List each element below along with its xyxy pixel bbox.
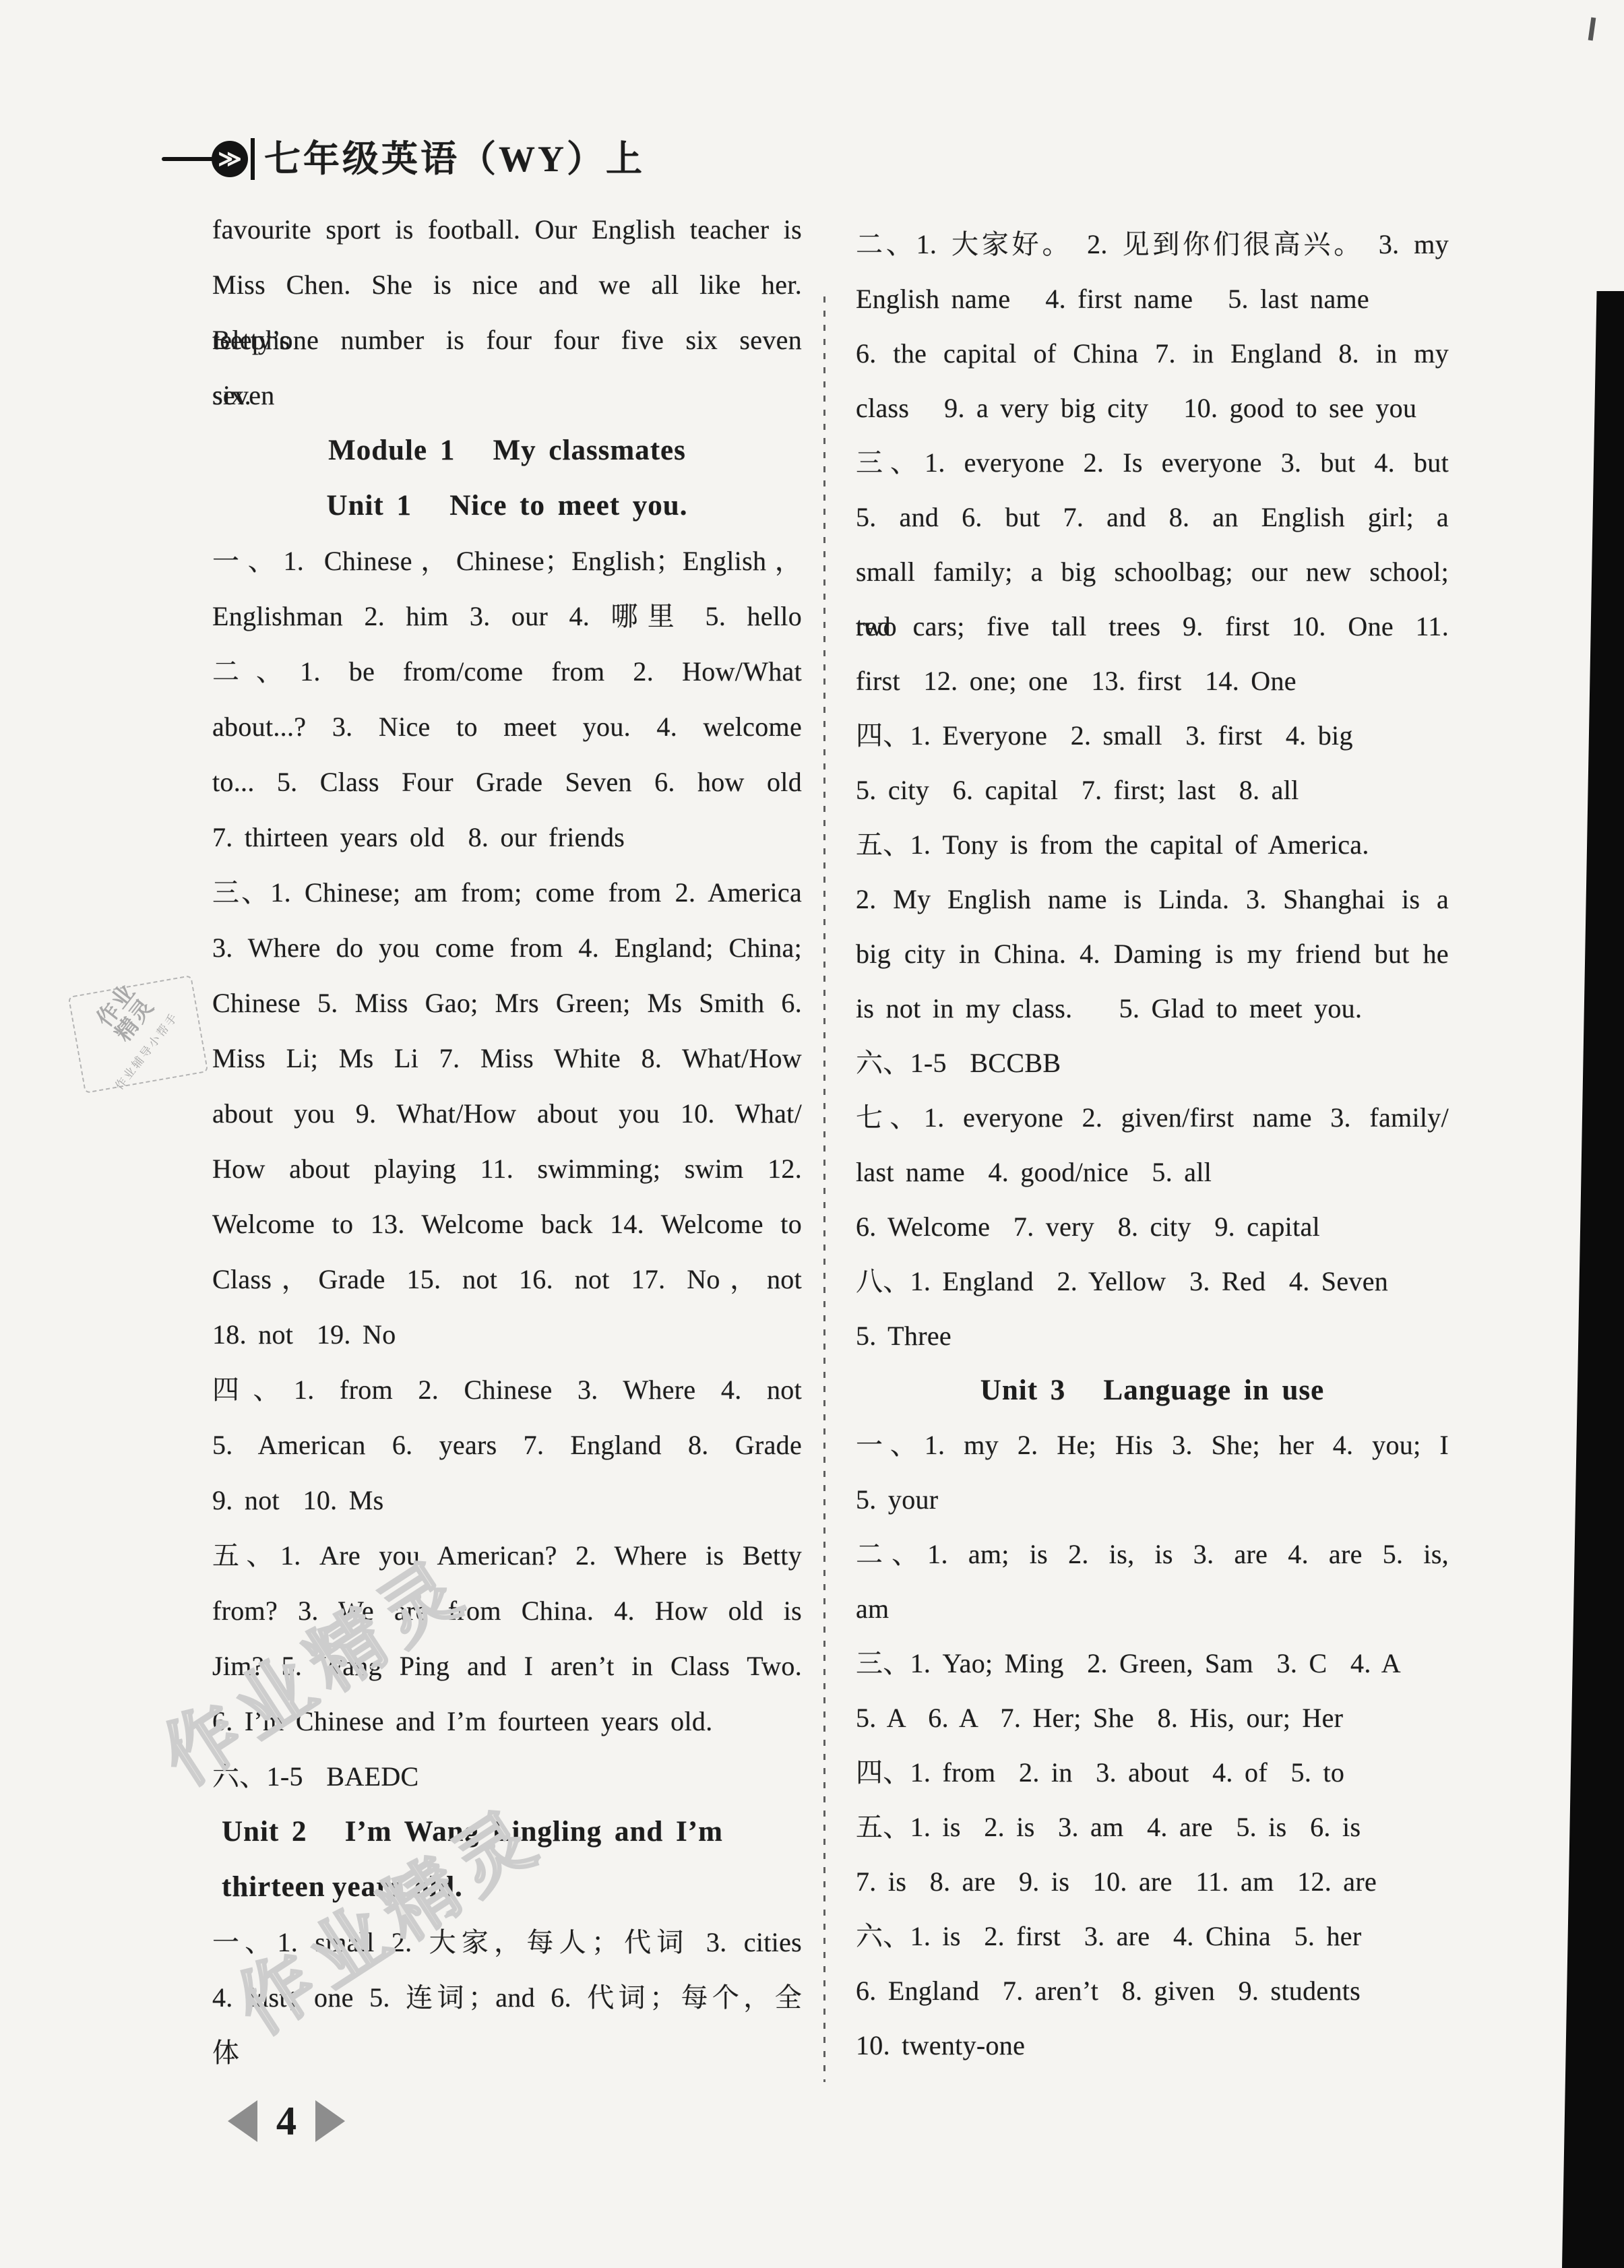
page-number: 4 [276, 2097, 296, 2145]
page-pager: 4 [228, 2097, 345, 2145]
answer-line: 一、1. my 2. He; His 3. She; her 4. you; I [856, 1418, 1449, 1472]
answer-line: 6. England 7. aren’t 8. given 9. student… [856, 1963, 1449, 2018]
answer-line: 9. not 10. Ms [212, 1473, 802, 1528]
answer-line: to... 5. Class Four Grade Seven 6. how o… [212, 755, 802, 810]
answer-line: 四、1. Everyone 2. small 3. first 4. big [856, 708, 1449, 763]
answer-line: Class，Grade 15. not 16. not 17. No，not [212, 1252, 802, 1307]
answer-line: telephone number is four four five six s… [212, 313, 802, 368]
answer-line: 2. My English name is Linda. 3. Shanghai… [856, 872, 1449, 926]
answer-line: 四、1. from 2. in 3. about 4. of 5. to [856, 1745, 1449, 1800]
divider-bar [251, 138, 255, 180]
answer-line: 7. is 8. are 9. is 10. are 11. am 12. ar… [856, 1854, 1449, 1909]
column-divider [823, 296, 825, 2082]
answer-line: Welcome to 13. Welcome back 14. Welcome … [212, 1197, 802, 1252]
answer-line: 二、1. 大家好。 2. 见到你们很高兴。 3. my [856, 217, 1449, 272]
prev-page-icon[interactable] [228, 2100, 257, 2142]
answer-line: 二、1. am; is 2. is, is 3. are 4. are 5. i… [856, 1527, 1449, 1581]
answer-line: about...? 3. Nice to meet you. 4. welcom… [212, 699, 802, 755]
answer-line: first 12. one; one 13. first 14. One [856, 654, 1449, 708]
section-heading: Module 1 My classmates [212, 423, 802, 478]
answer-line: 六、1-5 BCCBB [856, 1036, 1449, 1090]
answer-line: 二、1. be from/come from 2. How/What [212, 644, 802, 699]
answer-line: 5. and 6. but 7. and 8. an English girl;… [856, 490, 1449, 544]
answer-line: six. [212, 368, 802, 423]
answer-line: 三、1. Yao; Ming 2. Green, Sam 3. C 4. A [856, 1636, 1449, 1691]
section-heading: Unit 3 Language in use [856, 1363, 1449, 1418]
answer-line: 三、1. everyone 2. Is everyone 3. but 4. b… [856, 435, 1449, 490]
answer-line: Miss Li; Ms Li 7. Miss White 8. What/How [212, 1031, 802, 1086]
answer-line: English name 4. first name 5. last name [856, 272, 1449, 326]
app-stamp-watermark: 作业 精灵 作业辅导小帮手 [68, 975, 209, 1094]
answer-line: 6. the capital of China 7. in England 8.… [856, 326, 1449, 381]
answer-line: 五、1. is 2. is 3. am 4. are 5. is 6. is [856, 1800, 1449, 1854]
scan-speck-artifact [1588, 18, 1596, 41]
answer-line: 七、1. everyone 2. given/first name 3. fam… [856, 1090, 1449, 1145]
answer-line: 5. city 6. capital 7. first; last 8. all [856, 763, 1449, 817]
section-heading: Unit 1 Nice to meet you. [212, 478, 802, 534]
answer-line: about you 9. What/How about you 10. What… [212, 1086, 802, 1141]
answer-line: 18. not 19. No [212, 1307, 802, 1362]
page-title: 七年级英语（WY）上 [264, 138, 645, 180]
answer-line: Englishman 2. him 3. our 4. 哪里 5. hello [212, 589, 802, 644]
next-page-icon[interactable] [315, 2100, 345, 2142]
answer-line: 5. American 6. years 7. England 8. Grade [212, 1418, 802, 1473]
answer-line: 7. thirteen years old 8. our friends [212, 810, 802, 865]
answer-line: 五、1. Tony is from the capital of America… [856, 817, 1449, 872]
answer-line: class 9. a very big city 10. good to see… [856, 381, 1449, 435]
answer-line: 六、1. is 2. first 3. are 4. China 5. her [856, 1909, 1449, 1963]
answer-line: red cars; five tall trees 9. first 10. O… [856, 599, 1449, 654]
dash-decoration [162, 157, 216, 161]
answer-line: Chinese 5. Miss Gao; Mrs Green; Ms Smith… [212, 976, 802, 1031]
answer-line: 3. Where do you come from 4. England; Ch… [212, 920, 802, 976]
page-header: ≫ 七年级英语（WY）上 [162, 138, 645, 180]
answer-line: 三、1. Chinese; am from; come from 2. Amer… [212, 865, 802, 920]
answer-line: am [856, 1581, 1449, 1636]
answer-line: 八、1. England 2. Yellow 3. Red 4. Seven [856, 1254, 1449, 1309]
answer-line: 6. Welcome 7. very 8. city 9. capital [856, 1199, 1449, 1254]
right-column: 二、1. 大家好。 2. 见到你们很高兴。 3. myEnglish name … [856, 217, 1449, 2073]
fast-forward-circle-icon: ≫ [212, 141, 248, 177]
scanned-answer-page: ≫ 七年级英语（WY）上 favourite sport is football… [0, 0, 1624, 2268]
answer-line: is not in my class. 5. Glad to meet you. [856, 981, 1449, 1036]
answer-line: small family; a big schoolbag; our new s… [856, 544, 1449, 599]
answer-line: 5. your [856, 1472, 1449, 1527]
answer-line: 一、1. Chinese，Chinese；English；English， [212, 534, 802, 589]
answer-line: 5. Three [856, 1309, 1449, 1363]
answer-line: 五、1. Are you American? 2. Where is Betty [212, 1528, 802, 1583]
answer-line: How about playing 11. swimming; swim 12. [212, 1141, 802, 1197]
answer-line: last name 4. good/nice 5. all [856, 1145, 1449, 1199]
answer-line: favourite sport is football. Our English… [212, 202, 802, 257]
answer-line: Miss Chen. She is nice and we all like h… [212, 257, 802, 313]
answer-line: 四、1. from 2. Chinese 3. Where 4. not [212, 1362, 802, 1418]
scan-edge-artifact [1562, 291, 1624, 2268]
answer-line: 10. twenty-one [856, 2018, 1449, 2073]
answer-line: big city in China. 4. Daming is my frien… [856, 926, 1449, 981]
answer-line: 5. A 6. A 7. Her; She 8. His, our; Her [856, 1691, 1449, 1745]
